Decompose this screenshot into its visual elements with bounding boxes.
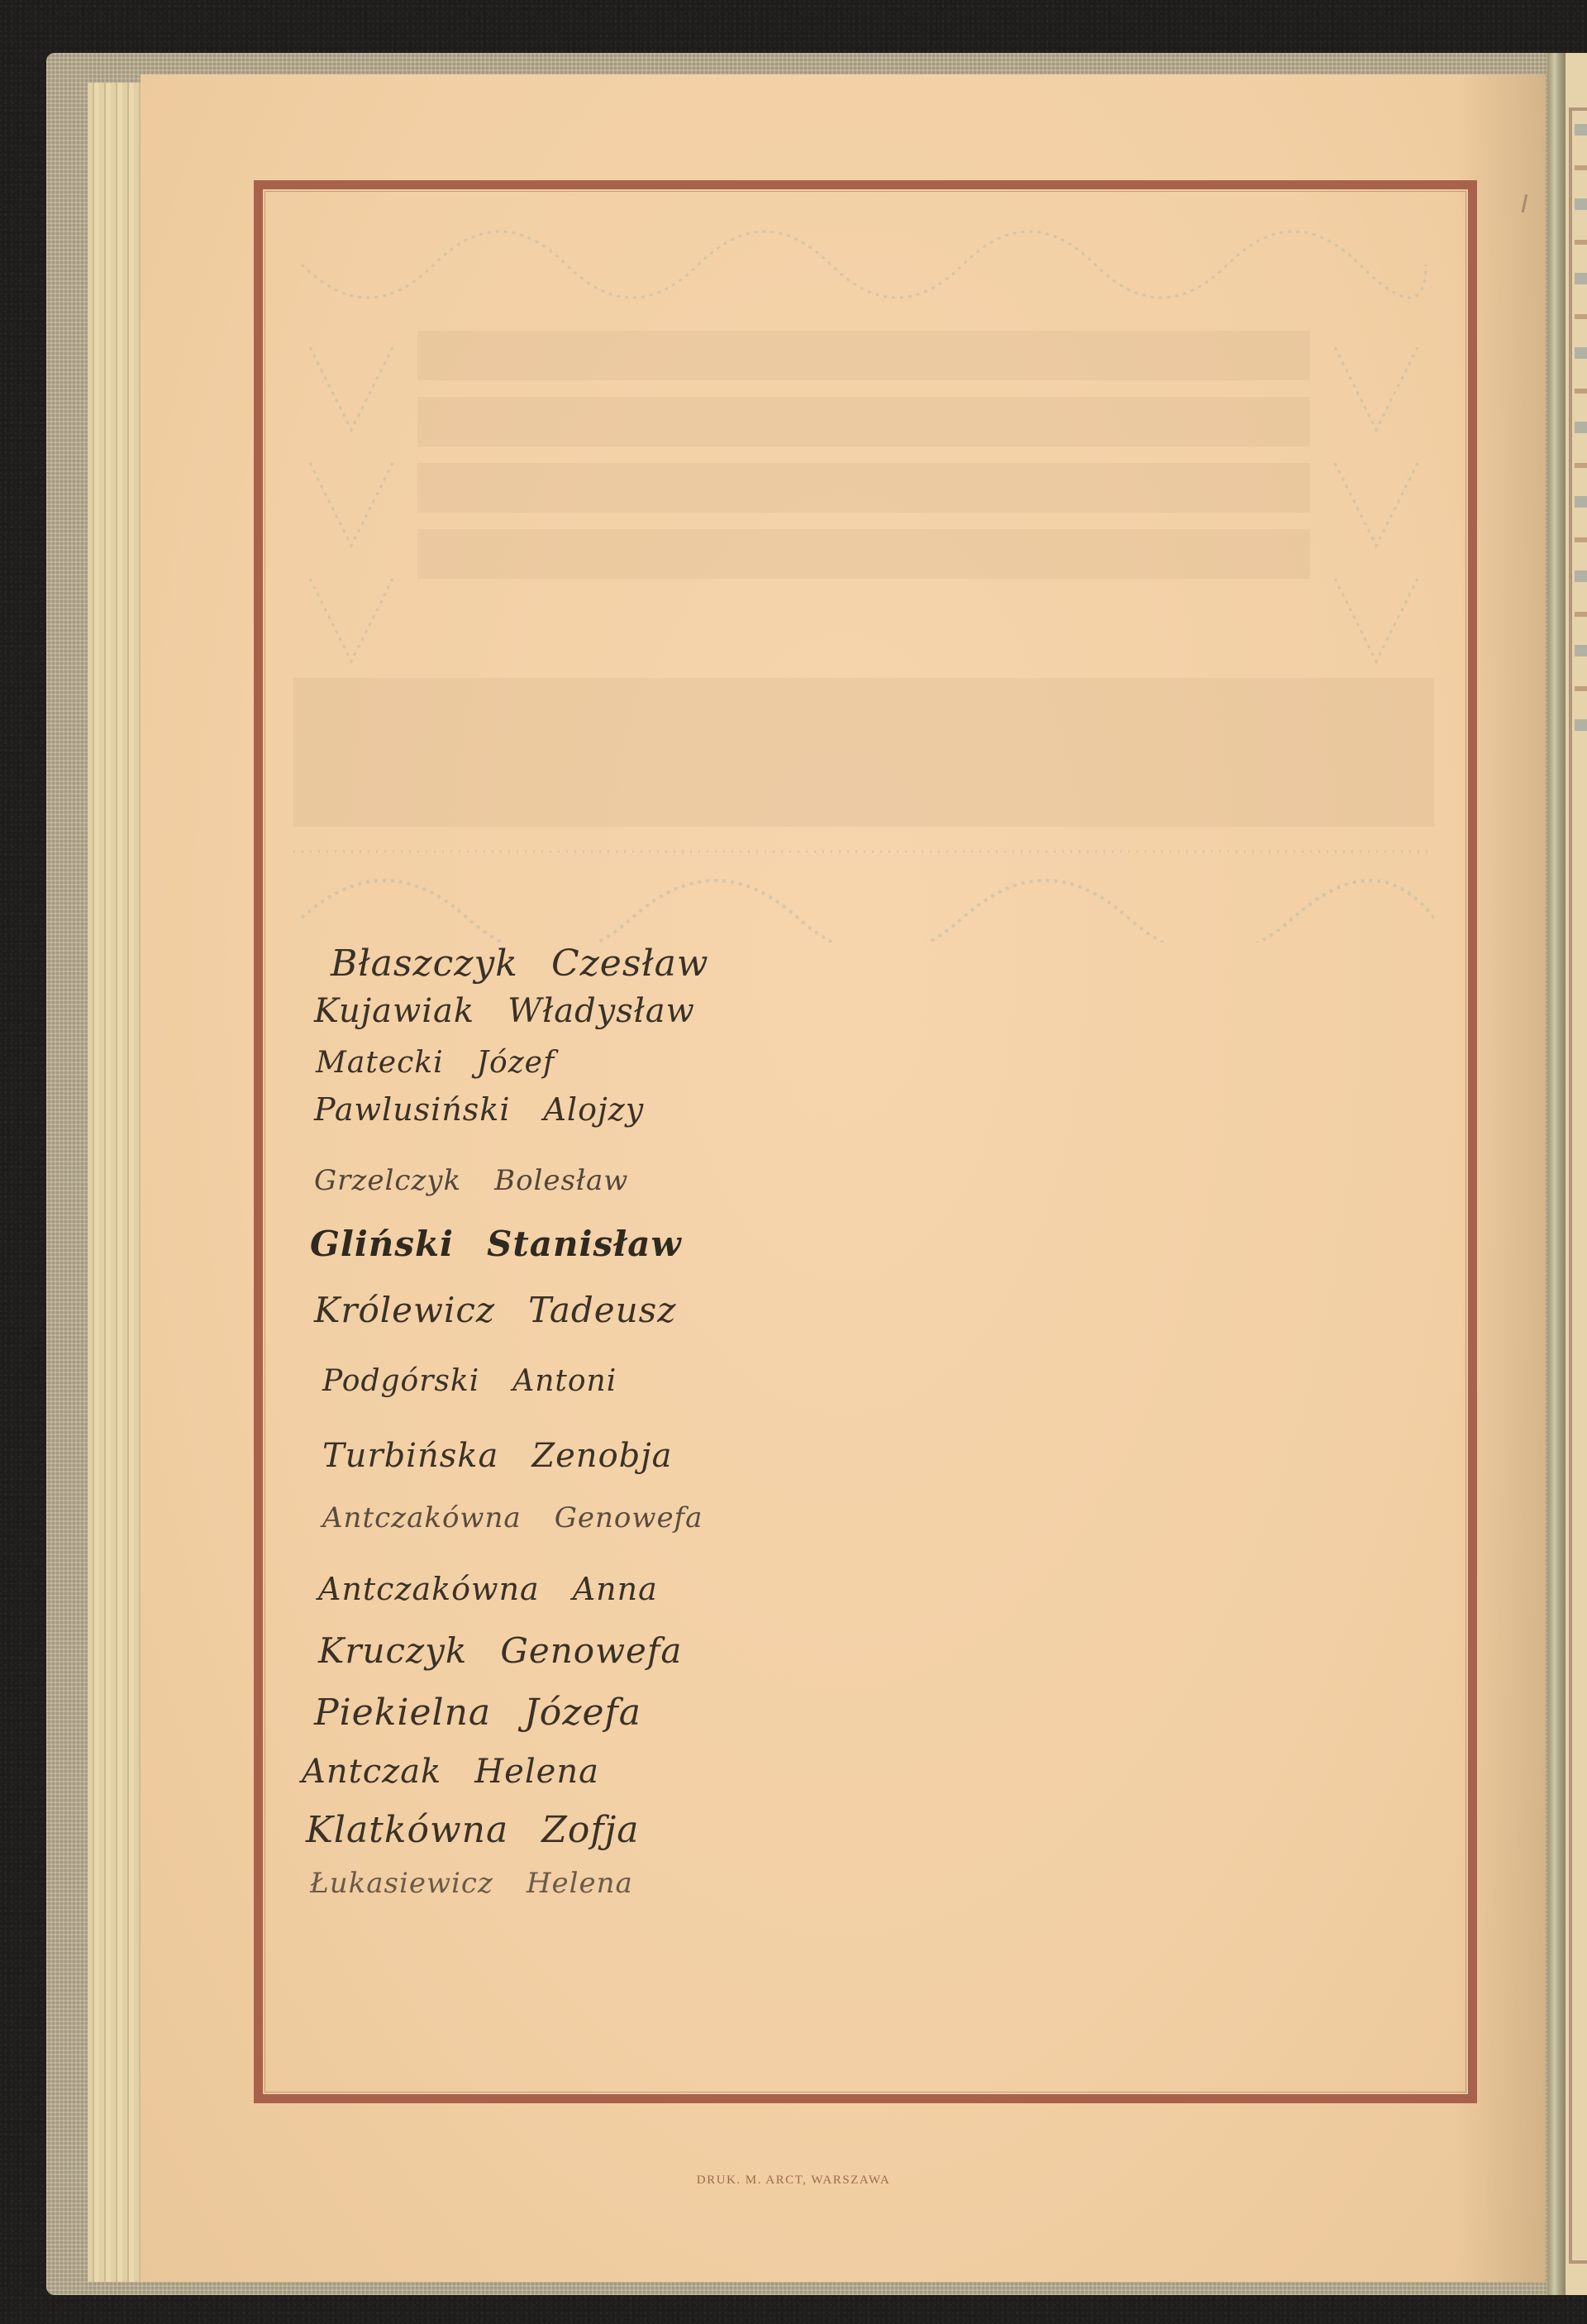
surname: Królewicz xyxy=(314,1290,495,1330)
name-entry: AntczakównaAnna xyxy=(318,1571,658,1607)
name-entry: BłaszczykCzesław xyxy=(331,942,709,985)
given-name: Anna xyxy=(573,1571,658,1607)
surname: Grzelczyk xyxy=(314,1164,461,1197)
name-entry: TurbińskaZenobja xyxy=(322,1437,673,1475)
surname: Gliński xyxy=(310,1224,454,1264)
given-name: Genowefa xyxy=(555,1501,703,1534)
given-name: Genowefa xyxy=(500,1630,682,1671)
name-entry: MateckiJózef xyxy=(316,1046,555,1080)
name-entry: PodgórskiAntoni xyxy=(322,1364,617,1398)
given-name: Władysław xyxy=(508,992,695,1030)
name-entry: KujawiakWładysław xyxy=(314,992,695,1030)
given-name: Bolesław xyxy=(494,1164,628,1197)
surname: Antczakówna xyxy=(322,1501,522,1534)
given-name: Alojzy xyxy=(543,1091,644,1128)
surname: Błaszczyk xyxy=(331,942,518,985)
name-entry: PawlusińskiAlojzy xyxy=(314,1091,644,1128)
name-entry: GlińskiStanisław xyxy=(310,1224,682,1264)
name-entry: AntczakównaGenowefa xyxy=(322,1501,703,1534)
given-name: Czesław xyxy=(551,942,709,985)
given-name: Tadeusz xyxy=(528,1290,676,1330)
name-entry: AntczakHelena xyxy=(302,1753,599,1791)
surname: Kujawiak xyxy=(314,992,474,1030)
surname: Podgórski xyxy=(322,1364,479,1398)
surname: Piekielna xyxy=(314,1692,491,1734)
given-name: Stanisław xyxy=(487,1224,682,1264)
surname: Matecki xyxy=(316,1046,444,1080)
given-name: Helena xyxy=(527,1867,633,1900)
printer-imprint: DRUK. M. ARCT, WARSZAWA xyxy=(0,2174,1587,2188)
page-edges xyxy=(88,83,145,2282)
surname: Antczakówna xyxy=(318,1571,540,1607)
given-name: Józef xyxy=(477,1046,555,1080)
surname: Łukasiewicz xyxy=(310,1867,493,1900)
surname: Kruczyk xyxy=(318,1630,467,1671)
given-name: Zenobja xyxy=(531,1437,672,1475)
name-entry: KlatkównaZofja xyxy=(306,1809,639,1851)
name-entry: PiekielnaJózefa xyxy=(314,1692,641,1734)
surname: Pawlusiński xyxy=(314,1091,510,1128)
name-entry: ŁukasiewiczHelena xyxy=(310,1867,633,1900)
name-entry: GrzelczykBolesław xyxy=(314,1164,628,1197)
given-name: Helena xyxy=(474,1753,599,1791)
adjacent-page-ornament xyxy=(1575,124,1587,752)
given-name: Józefa xyxy=(524,1692,641,1734)
given-name: Zofja xyxy=(541,1809,639,1851)
surname: Turbińska xyxy=(322,1437,498,1475)
name-entry: KrólewiczTadeusz xyxy=(314,1290,676,1330)
name-entry: KruczykGenowefa xyxy=(318,1630,682,1671)
binding-gutter xyxy=(1547,53,1566,2295)
given-name: Antoni xyxy=(512,1364,617,1398)
surname: Klatkówna xyxy=(306,1809,508,1851)
surname: Antczak xyxy=(302,1753,441,1791)
